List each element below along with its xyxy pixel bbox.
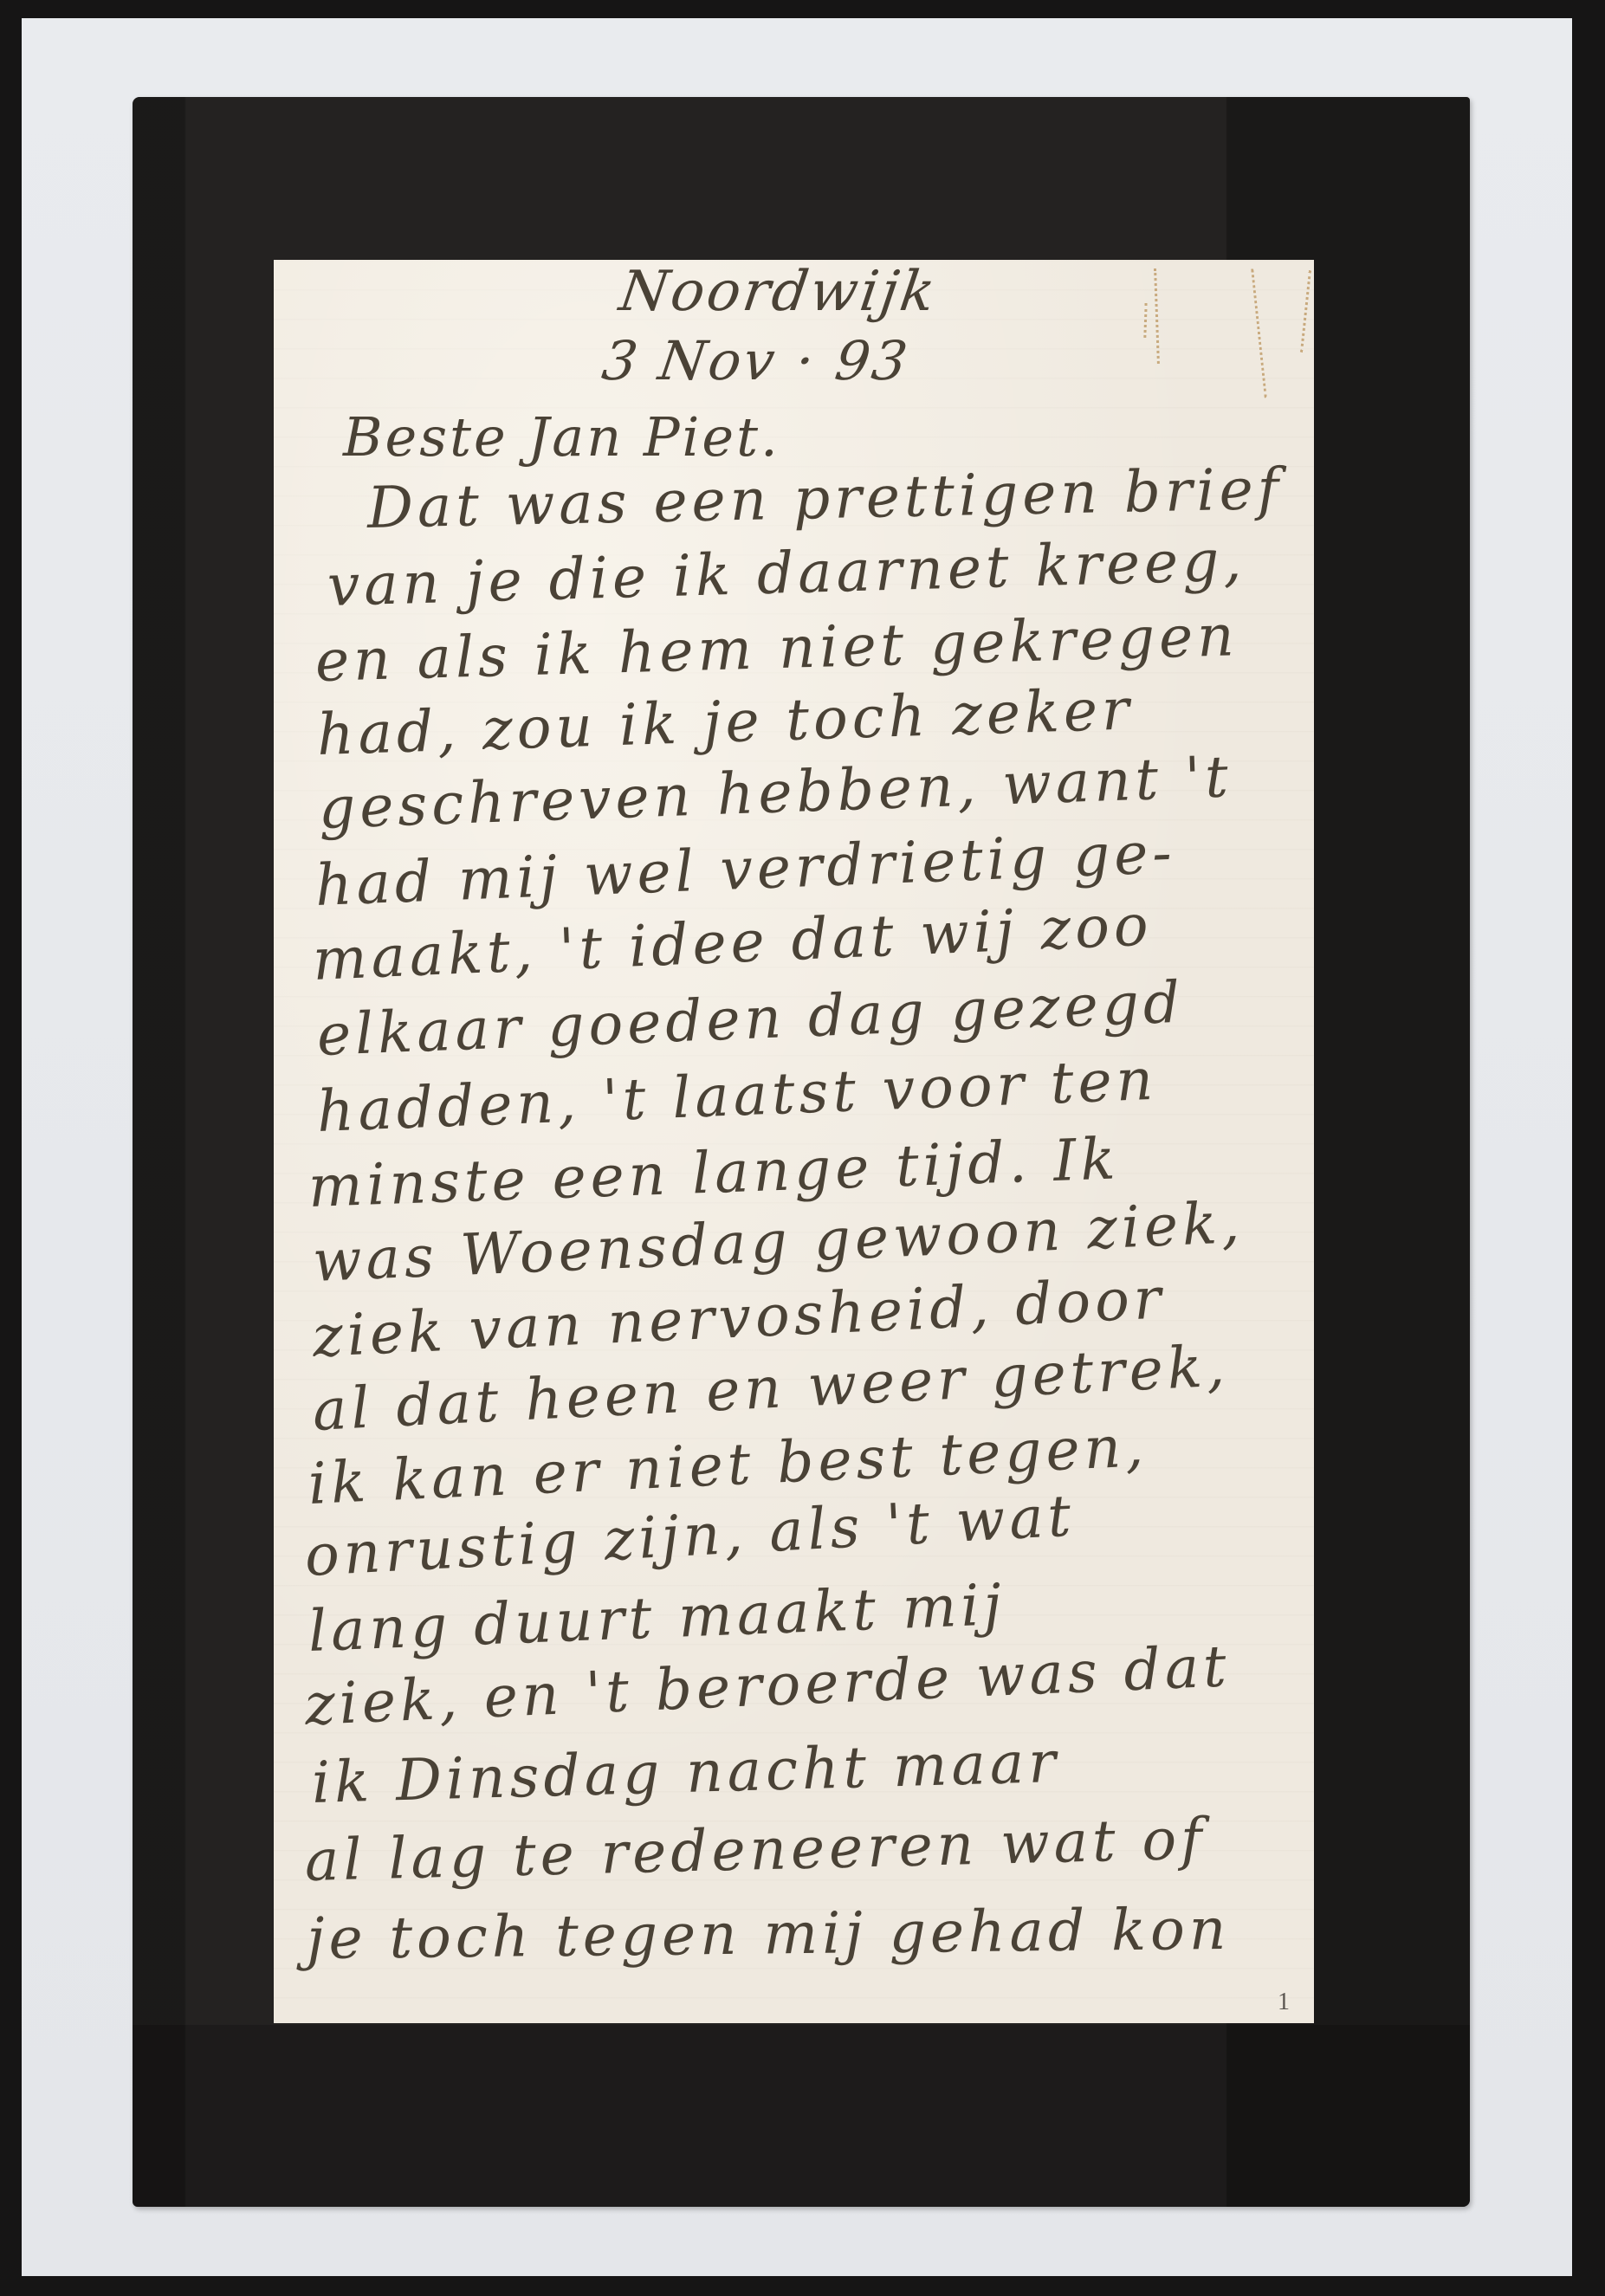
letter-page: Noordwijk 3 Nov · 93 Beste Jan Piet. Dat…	[274, 260, 1314, 2023]
letter-salutation: Beste Jan Piet.	[343, 405, 780, 469]
letter-line: al lag te redeneeren wat of	[304, 1806, 1207, 1894]
page-number: 1	[1278, 1989, 1290, 2016]
stain-mark	[1143, 303, 1147, 338]
letter-place: Noordwijk	[616, 260, 942, 324]
letter-line: ik Dinsdag nacht maar	[311, 1729, 1061, 1816]
stain-mark	[1154, 268, 1160, 364]
stain-mark	[1300, 270, 1311, 352]
letter-line: je toch tegen mij gehad kon	[307, 1896, 1231, 1972]
letter-date: 3 Nov · 93	[599, 329, 914, 392]
stain-mark	[1251, 268, 1267, 398]
